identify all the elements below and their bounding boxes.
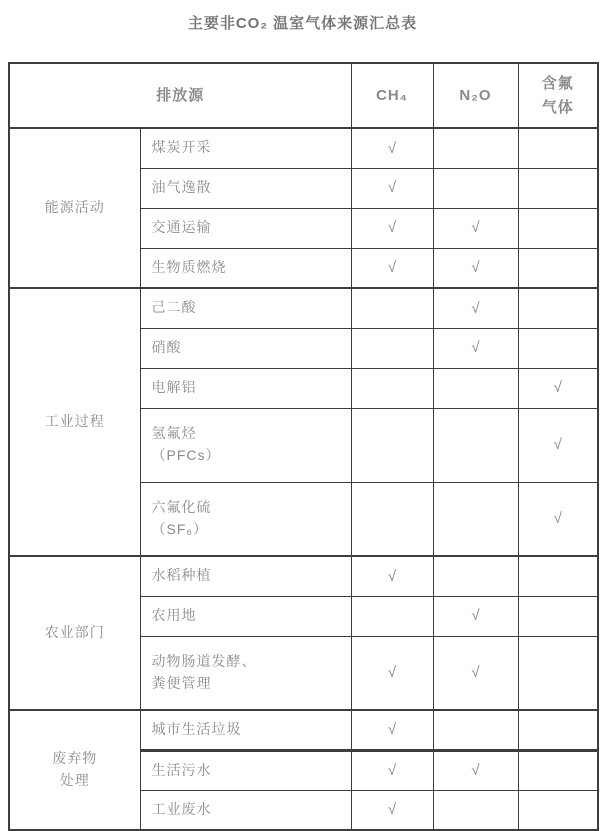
source-label-line1: 六氟化硫 [152, 497, 351, 519]
col-header-n2o: N₂O [433, 63, 518, 128]
ch4-cell: √ [351, 556, 433, 596]
ch4-cell [351, 482, 433, 556]
fgas-cell [518, 636, 598, 710]
table-row: 废弃物 处理 城市生活垃圾 √ [9, 710, 598, 750]
fgas-cell [518, 790, 598, 830]
n2o-cell: √ [433, 636, 518, 710]
col-header-ch4: CH₄ [351, 63, 433, 128]
n2o-cell [433, 710, 518, 750]
source-cell: 交通运输 [140, 208, 351, 248]
n2o-cell: √ [433, 750, 518, 790]
ch4-cell: √ [351, 208, 433, 248]
fgas-cell [518, 208, 598, 248]
n2o-cell [433, 556, 518, 596]
ch4-cell: √ [351, 790, 433, 830]
category-label-line1: 废弃物 [10, 748, 140, 770]
n2o-cell: √ [433, 328, 518, 368]
category-cell-energy: 能源活动 [9, 128, 140, 288]
source-cell: 农用地 [140, 596, 351, 636]
ch4-cell: √ [351, 750, 433, 790]
ch4-cell [351, 288, 433, 328]
col-header-fgas-line1: 含氟 [519, 72, 598, 95]
source-label-line1: 氢氟烃 [152, 423, 351, 445]
page: 主要非CO₂ 温室气体来源汇总表 排放源 CH₄ N₂O 含氟 气体 能源活动 … [0, 0, 605, 831]
table-row: 工业过程 己二酸 √ [9, 288, 598, 328]
ch4-cell: √ [351, 248, 433, 288]
table-header-row: 排放源 CH₄ N₂O 含氟 气体 [9, 63, 598, 128]
source-cell: 生物质燃烧 [140, 248, 351, 288]
source-cell: 工业废水 [140, 790, 351, 830]
n2o-cell [433, 482, 518, 556]
n2o-cell [433, 168, 518, 208]
source-cell: 水稻种植 [140, 556, 351, 596]
fgas-cell [518, 710, 598, 750]
ch4-cell [351, 596, 433, 636]
ch4-cell [351, 328, 433, 368]
category-cell-industry: 工业过程 [9, 288, 140, 556]
source-cell: 六氟化硫 （SF₆） [140, 482, 351, 556]
n2o-cell [433, 128, 518, 168]
page-title: 主要非CO₂ 温室气体来源汇总表 [0, 14, 605, 34]
source-cell: 城市生活垃圾 [140, 710, 351, 750]
fgas-cell [518, 556, 598, 596]
col-header-source: 排放源 [9, 63, 351, 128]
n2o-cell: √ [433, 288, 518, 328]
source-label-line2: （SF₆） [152, 519, 351, 541]
col-header-fgas: 含氟 气体 [518, 63, 598, 128]
table-row: 农业部门 水稻种植 √ [9, 556, 598, 596]
fgas-cell: √ [518, 368, 598, 408]
source-label-line2: 粪便管理 [152, 673, 351, 695]
n2o-cell [433, 368, 518, 408]
source-cell: 氢氟烃 （PFCs） [140, 408, 351, 482]
ch4-cell: √ [351, 710, 433, 750]
category-cell-agriculture: 农业部门 [9, 556, 140, 710]
ghg-source-table: 排放源 CH₄ N₂O 含氟 气体 能源活动 煤炭开采 √ 油气逸散 √ [8, 62, 599, 831]
source-cell: 动物肠道发酵、 粪便管理 [140, 636, 351, 710]
source-label-line2: （PFCs） [152, 445, 351, 467]
n2o-cell: √ [433, 208, 518, 248]
source-label-line1: 动物肠道发酵、 [152, 651, 351, 673]
fgas-cell [518, 128, 598, 168]
fgas-cell [518, 248, 598, 288]
n2o-cell: √ [433, 248, 518, 288]
ch4-cell: √ [351, 168, 433, 208]
fgas-cell: √ [518, 482, 598, 556]
ch4-cell [351, 368, 433, 408]
source-cell: 煤炭开采 [140, 128, 351, 168]
source-cell: 生活污水 [140, 750, 351, 790]
category-cell-waste: 废弃物 处理 [9, 710, 140, 830]
ch4-cell: √ [351, 636, 433, 710]
fgas-cell [518, 750, 598, 790]
source-cell: 硝酸 [140, 328, 351, 368]
fgas-cell: √ [518, 408, 598, 482]
fgas-cell [518, 596, 598, 636]
fgas-cell [518, 168, 598, 208]
n2o-cell [433, 408, 518, 482]
fgas-cell [518, 328, 598, 368]
fgas-cell [518, 288, 598, 328]
table-row: 能源活动 煤炭开采 √ [9, 128, 598, 168]
category-label-line2: 处理 [10, 770, 140, 792]
source-cell: 油气逸散 [140, 168, 351, 208]
col-header-fgas-line2: 气体 [519, 96, 598, 119]
ch4-cell: √ [351, 128, 433, 168]
source-cell: 电解铝 [140, 368, 351, 408]
source-cell: 己二酸 [140, 288, 351, 328]
n2o-cell: √ [433, 596, 518, 636]
ch4-cell [351, 408, 433, 482]
n2o-cell [433, 790, 518, 830]
